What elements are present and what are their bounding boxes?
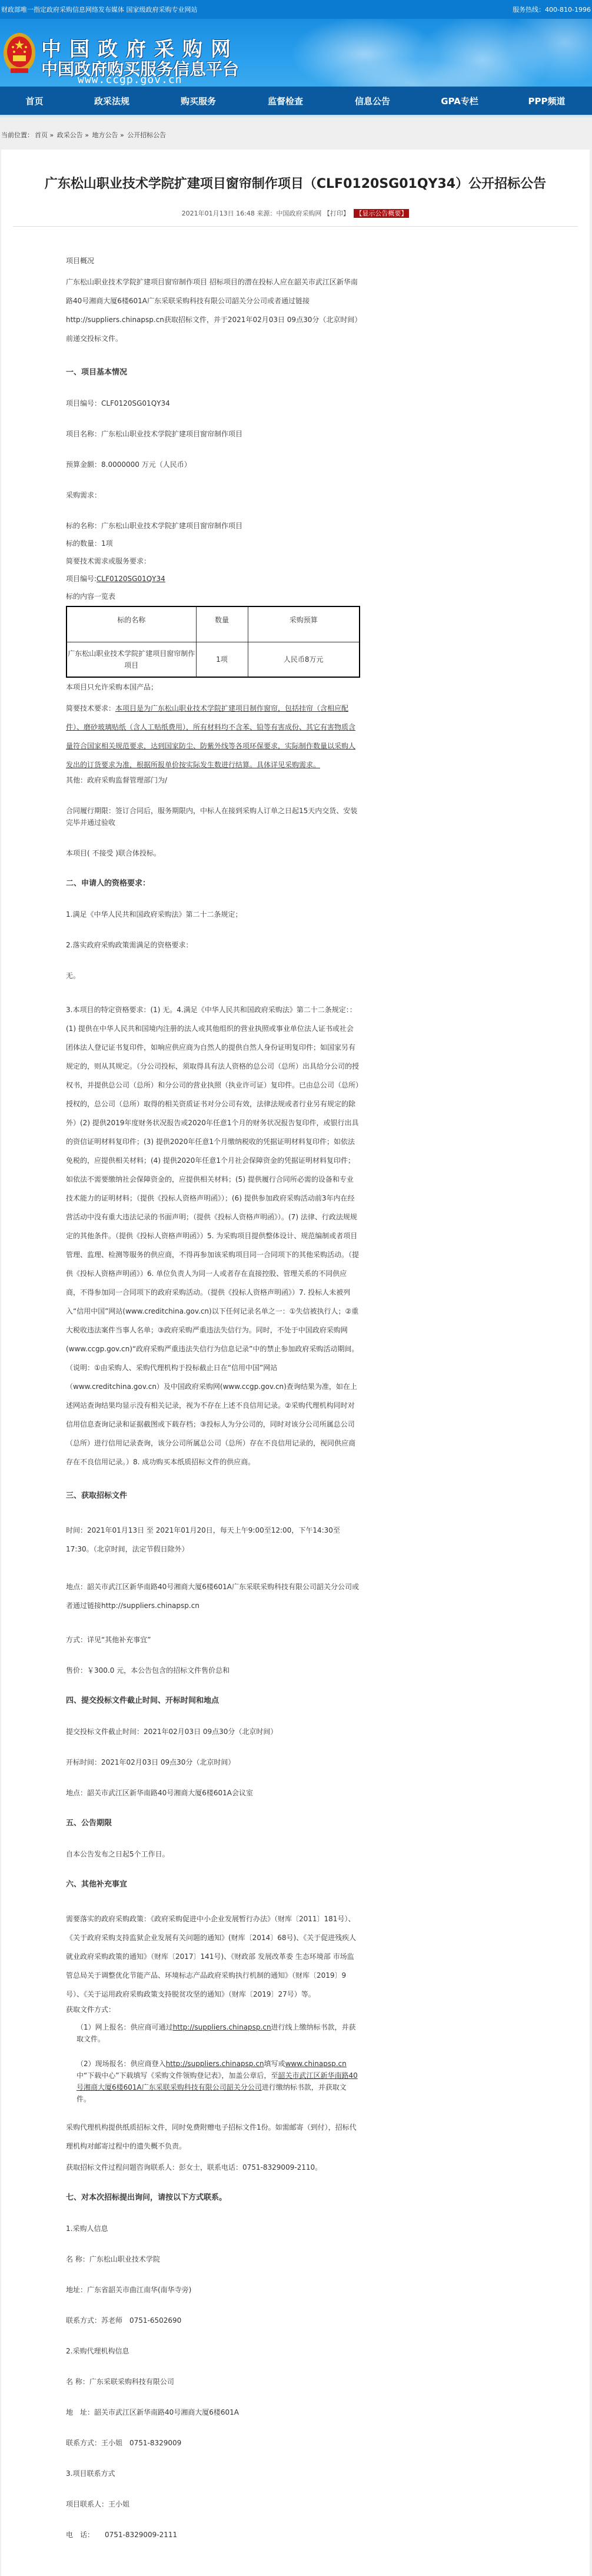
docs-contact: 获取招标文件过程问题咨询联系人：彭女士，联系电话：0751-8329009-21… <box>66 2161 360 2173</box>
section-2-heading: 二、申请人的资格要求： <box>66 878 360 890</box>
logo-url: www.ccgp.gov.cn <box>78 74 182 86</box>
table-cell: 人民币8万元 <box>248 642 360 677</box>
get-docs-time: 时间：2021年01月13日 至 2021年01月20日，每天上午9:00至12… <box>66 1521 360 1559</box>
breadcrumb-home[interactable]: 首页 <box>35 131 48 139</box>
contract-period: 合同履行期限：签订合同后，服务期限内，中标人在接到采购人订单之日起15天内交货、… <box>66 805 360 828</box>
section-1-heading: 一、项目基本情况 <box>66 367 360 379</box>
article-container: 广东松山职业技术学院扩建项目窗帘制作项目（CLF0120SG01QY34）公开招… <box>1 150 590 2576</box>
agency-address: 地 址：韶关市武江区新华南路40号湘商大厦6楼601A <box>66 2406 360 2418</box>
project-number: 项目编号：CLF0120SG01QY34 <box>66 397 360 409</box>
onsite-registration: （2）现场报名：供应商登入http://suppliers.chinapsp.c… <box>66 2058 360 2105</box>
consortium: 本项目( 不接受 )联合体投标。 <box>66 847 360 859</box>
agency-heading: 2.采购代理机构信息 <box>66 2345 360 2357</box>
purchaser-address: 地址：广东省韶关市曲江南华(南华寺旁) <box>66 2284 360 2296</box>
chinapsp-link[interactable]: www.chinapsp.cn <box>285 2060 347 2068</box>
breadcrumb-separator: » <box>50 131 54 139</box>
table-cell: 1项 <box>196 642 248 677</box>
qualification-2: 2.落实政府采购政策需满足的资格要求： <box>66 939 360 951</box>
purchaser-heading: 1.采购人信息 <box>66 2223 360 2234</box>
table-caption: 标的内容一览表 <box>66 591 360 602</box>
onsite-registration-prefix: （2）现场报名：供应商登入 <box>77 2060 166 2068</box>
section-5-heading: 五、公告期限 <box>66 1818 360 1829</box>
online-registration-prefix: （1）网上报名：供应商可通过 <box>77 2023 173 2031</box>
breadcrumb-open-tender[interactable]: 公开招标公告 <box>127 131 166 139</box>
national-emblem-icon <box>2 31 36 78</box>
site-banner: 中国政府采购网 中国政府购买服务信息平台 www.ccgp.gov.cn <box>0 19 592 87</box>
nav-supervision[interactable]: 监督检查 <box>242 95 329 107</box>
onsite-registration-link[interactable]: http://suppliers.chinapsp.cn <box>166 2060 264 2068</box>
show-summary-button[interactable]: 【显示公告概要】 <box>354 209 409 218</box>
nav-regulations[interactable]: 政采法规 <box>69 95 155 107</box>
get-docs-place: 地点：韶关市武江区新华南路40号湘商大厦6楼601A广东采联采购科技有限公司韶关… <box>66 1577 360 1615</box>
main-nav: 首页 政采法规 购买服务 监督检查 信息公告 GPA专栏 PPP频道 <box>0 87 592 115</box>
table-header-row: 标的名称 数量 采购预算 <box>66 606 360 642</box>
purchaser-name: 名 称：广东松山职业技术学院 <box>66 2253 360 2265</box>
section-6-heading: 六、其他补充事宜 <box>66 1879 360 1891</box>
other-note: 其他：政府采购监督管理部门为/ <box>66 774 360 786</box>
announcement-period: 自本公告发布之日起5个工作日。 <box>66 1848 360 1860</box>
qualification-2-value: 无。 <box>66 970 360 982</box>
agency-contact: 联系方式：王小姐 0751-8329009 <box>66 2437 360 2449</box>
publish-date: 2021年01月13日 16:48 <box>182 210 255 217</box>
overview-heading: 项目概况 <box>66 255 360 267</box>
article-body: 项目概况 广东松山职业技术学院扩建项目窗帘制作项目 招标项目的潜在投标人应在韶关… <box>66 227 360 2541</box>
onsite-text: 填写或 <box>264 2060 285 2068</box>
get-docs-label: 获取文件方式： <box>66 2004 360 2015</box>
project-contact-person: 项目联系人：王小姐 <box>66 2498 360 2510</box>
domestic-only: 本项目只允许采购本国产品； <box>66 681 360 693</box>
breadcrumb: 当前位置：首页 » 政采公告 » 地方公告 » 公开招标公告 <box>0 118 592 150</box>
project-number-2-label: 项目编号: <box>66 575 97 583</box>
paper-docs-note: 采购代理机构提供纸质招标文件，同时免费附赠电子招标文件1份。如需邮寄（到付），招… <box>66 2118 360 2156</box>
breadcrumb-prefix: 当前位置： <box>1 131 34 139</box>
tech-requirement: 简要技术要求：本项目是为广东松山职业技术学院扩建项目制作窗帘，包括挂帘（含相应配… <box>66 699 360 774</box>
lot-quantity: 标的数量：1项 <box>66 538 360 549</box>
tech-requirement-label: 简要技术要求： <box>66 704 115 712</box>
purchaser-contact: 联系方式：苏老师 0751-6502690 <box>66 2315 360 2326</box>
submission-deadline: 提交投标文件截止时间：2021年02月03日 09点30分（北京时间） <box>66 1726 360 1738</box>
policies: 需要落实的政府采购政策：《政府采购促进中小企业发展暂行办法》（财库〔2011〕1… <box>66 1909 360 2004</box>
project-number-2: 项目编号:CLF0120SG01QY34 <box>66 573 360 585</box>
nav-home[interactable]: 首页 <box>0 95 69 107</box>
lot-table: 标的名称 数量 采购预算 广东松山职业技术学院扩建项目窗帘制作项目 1项 人民币… <box>66 606 360 678</box>
article-meta: 2021年01月13日 16:48 来源：中国政府采购网 【打印】 【显示公告概… <box>13 208 578 227</box>
tech-requirement-text: 本项目是为广东松山职业技术学院扩建项目制作窗帘，包括挂帘（含相应配件）、磨砂玻璃… <box>66 704 355 769</box>
section-3-heading: 三、获取招标文件 <box>66 1490 360 1502</box>
overview-text: 广东松山职业技术学院扩建项目窗帘制作项目 招标项目的潜在投标人应在韶关市武江区新… <box>66 273 360 348</box>
qualification-1: 1.满足《中华人民共和国政府采购法》第二十二条规定； <box>66 909 360 920</box>
online-registration: （1）网上报名：供应商可通过http://suppliers.chinapsp.… <box>66 2021 360 2045</box>
agency-name: 名 称：广东采联采购科技有限公司 <box>66 2376 360 2388</box>
table-cell: 广东松山职业技术学院扩建项目窗帘制作项目 <box>66 642 196 677</box>
project-contact-phone: 电 话： 0751-8329009-2111 <box>66 2529 360 2541</box>
project-name: 项目名称：广东松山职业技术学院扩建项目窗帘制作项目 <box>66 428 360 440</box>
section-4-heading: 四、提交投标文件截止时间、开标时间和地点 <box>66 1695 360 1707</box>
project-number-2-value: CLF0120SG01QY34 <box>97 575 165 583</box>
demand-label: 采购需求： <box>66 489 360 501</box>
lot-name: 标的名称：广东松山职业技术学院扩建项目窗帘制作项目 <box>66 520 360 532</box>
service-hotline: 服务热线：400-810-1996 <box>513 5 591 14</box>
get-docs-price: 售价：￥300.0 元，本公告包含的招标文件售价总和 <box>66 1665 360 1676</box>
breadcrumb-separator: » <box>85 131 89 139</box>
table-header: 数量 <box>196 606 248 642</box>
page-title: 广东松山职业技术学院扩建项目窗帘制作项目（CLF0120SG01QY34）公开招… <box>13 173 578 208</box>
brief-requirement-label: 简要技术需求或服务要求： <box>66 555 360 567</box>
opening-place: 地点：韶关市武江区新华南路40号湘商大厦6楼601A会议室 <box>66 1787 360 1799</box>
print-link[interactable]: 【打印】 <box>324 210 350 217</box>
site-slogan: 财政部唯一指定政府采购信息网络发布媒体 国家级政府采购专业网站 <box>1 5 198 14</box>
table-header: 采购预算 <box>248 606 360 642</box>
qualification-3: 3.本项目的特定资格要求：(1) 无。4.满足《中华人民共和国政府采购法》第二十… <box>66 1000 360 1471</box>
table-header: 标的名称 <box>66 606 196 642</box>
opening-time: 开标时间：2021年02月03日 09点30分（北京时间） <box>66 1756 360 1768</box>
breadcrumb-separator: » <box>120 131 124 139</box>
get-docs-method: 方式：详见“其他补充事宜” <box>66 1634 360 1646</box>
nav-purchase-service[interactable]: 购买服务 <box>155 95 242 107</box>
budget: 预算金额：8.0000000 万元（人民币） <box>66 459 360 470</box>
breadcrumb-local[interactable]: 地方公告 <box>92 131 118 139</box>
online-registration-link[interactable]: http://suppliers.chinapsp.cn <box>173 2023 271 2031</box>
nav-ppp[interactable]: PPP频道 <box>503 95 590 107</box>
table-row: 广东松山职业技术学院扩建项目窗帘制作项目 1项 人民币8万元 <box>66 642 360 677</box>
nav-announcements[interactable]: 信息公告 <box>329 95 416 107</box>
breadcrumb-announcements[interactable]: 政采公告 <box>57 131 83 139</box>
nav-gpa[interactable]: GPA专栏 <box>416 95 503 107</box>
section-7-heading: 七、对本次招标提出询问，请按以下方式联系。 <box>66 2192 360 2204</box>
onsite-text: 中“下载中心”下载填写《采购文件领购登记表》，加盖公章后，至 <box>77 2071 278 2080</box>
top-info-bar: 财政部唯一指定政府采购信息网络发布媒体 国家级政府采购专业网站 服务热线：400… <box>0 0 592 19</box>
source: 来源：中国政府采购网 <box>257 210 321 217</box>
project-contact-heading: 3.项目联系方式 <box>66 2468 360 2479</box>
